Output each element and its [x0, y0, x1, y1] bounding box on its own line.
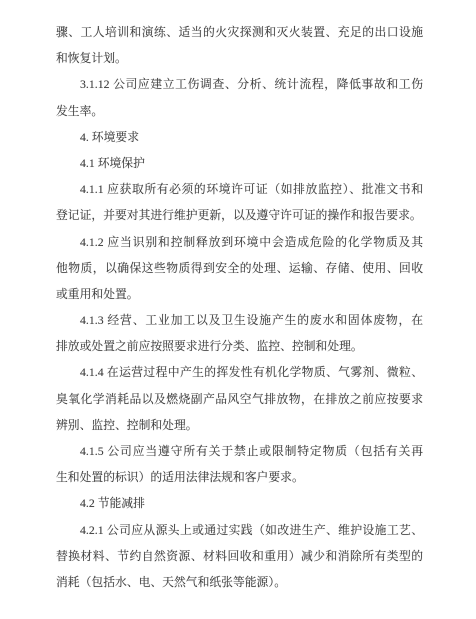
text-line: 发生率。 [56, 98, 423, 124]
text-line: 4.2 节能减排 [56, 490, 423, 516]
text-line: 他物质，以确保这些物质得到安全的处理、运输、存储、使用、回收 [56, 255, 423, 281]
text-line: 登记证，并要对其进行维护更新，以及遵守许可证的操作和报告要求。 [56, 202, 423, 228]
text-line: 4.2.1 公司应从源头上或通过实践（如改进生产、维护设施工艺、 [56, 517, 423, 543]
document-page: 骤、工人培训和演练、适当的火灾探测和灭火装置、充足的出口设施和恢复计划。3.1.… [0, 0, 476, 619]
text-line: 或重用和处置。 [56, 281, 423, 307]
text-line: 4. 环境要求 [56, 124, 423, 150]
text-line: 4.1.1 应获取所有必须的环境许可证（如排放监控）、批准文书和 [56, 176, 423, 202]
text-line: 消耗（包括水、电、天然气和纸张等能源）。 [56, 569, 423, 595]
text-line: 辨别、监控、控制和处理。 [56, 412, 423, 438]
document-body: 骤、工人培训和演练、适当的火灾探测和灭火装置、充足的出口设施和恢复计划。3.1.… [0, 0, 476, 595]
text-line: 4.1.5 公司应当遵守所有关于禁止或限制特定物质（包括有关再 [56, 438, 423, 464]
text-line: 4.1.3 经营、工业加工以及卫生设施产生的废水和固体废物，在 [56, 307, 423, 333]
text-line: 和恢复计划。 [56, 45, 423, 71]
text-line: 3.1.12 公司应建立工伤调查、分析、统计流程，降低事故和工伤 [56, 71, 423, 97]
text-line: 4.1 环境保护 [56, 150, 423, 176]
text-line: 臭氧化学消耗品以及燃烧副产品风空气排放物，在排放之前应按要求 [56, 386, 423, 412]
text-line: 4.1.2 应当识别和控制释放到环境中会造成危险的化学物质及其 [56, 229, 423, 255]
text-line: 4.1.4 在运营过程中产生的挥发性有机化学物质、气雾剂、微粒、 [56, 359, 423, 385]
text-line: 生和处置的标识）的适用法律法规和客户要求。 [56, 464, 423, 490]
text-line: 替换材料、节约自然资源、材料回收和重用）减少和消除所有类型的 [56, 543, 423, 569]
text-line: 骤、工人培训和演练、适当的火灾探测和灭火装置、充足的出口设施 [56, 19, 423, 45]
text-line: 排放或处置之前应按照要求进行分类、监控、控制和处理。 [56, 333, 423, 359]
